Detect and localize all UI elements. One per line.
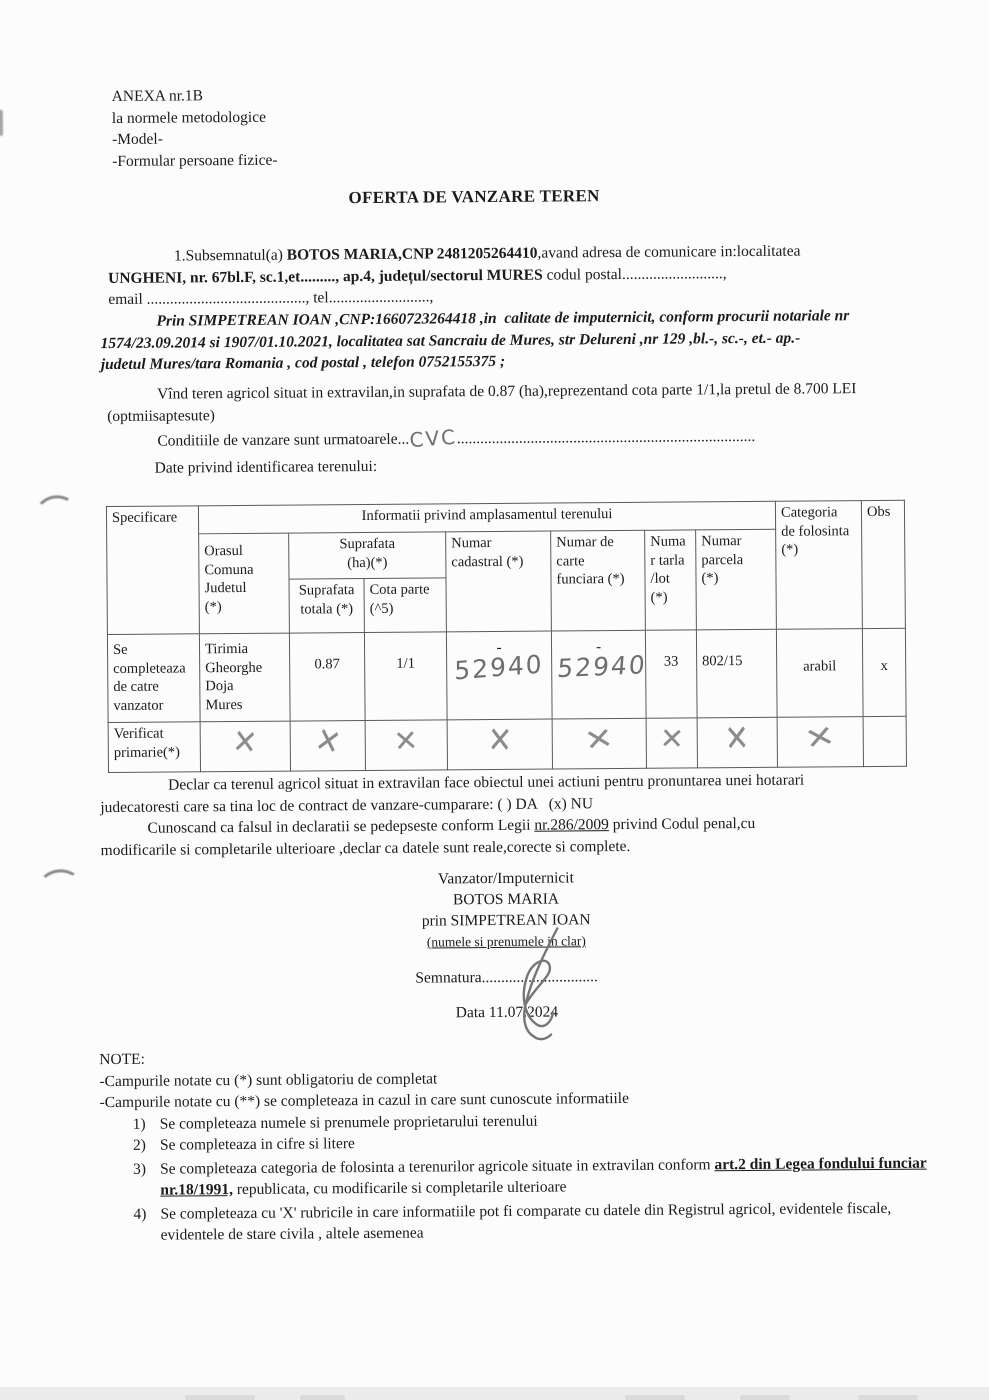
verify-cell: ✕ [200,721,290,772]
conditions-dots: ........................................… [457,428,755,447]
handwritten-x-mark: ✕ [393,722,420,761]
note-number: 2) [100,1135,160,1157]
handwritten-x-mark: ✕ [724,715,750,762]
th-orasul-comuna-judetul: Orasul Comuna Judetul (*) [199,533,290,634]
verify-cell-obs-empty [863,716,906,766]
note-number: 1) [100,1113,160,1135]
sale-paragraph: Vînd teren agricol situat in extravilan,… [107,378,938,453]
seller-address: UNGHENI, nr. 67bl.F, sc.1,et........., a… [108,266,543,286]
handwritten-cadastral-number: 52940 [454,648,544,687]
th-group-informatii: Informatii privind amplasamentul terenul… [198,501,775,534]
scan-bottom-edge [0,1387,989,1400]
pen-arc-mark [38,868,82,903]
seller-name-cnp: BOTOS MARIA,CNP 2481205264410 [287,245,538,264]
handwritten-conditions-value: CVC [409,427,458,452]
th-numar-carte-funciara: Numar de carte funciara (*) [551,530,646,631]
table-section-label: Date privind identificarea terenului: [155,456,378,479]
handwritten-x-mark: ✕ [487,717,513,764]
notes-section: NOTE: -Campurile notate cu (*) sunt obli… [99,1043,941,1247]
verify-cell: ✕ [365,720,447,771]
signature-drawing [479,925,610,1044]
email-tel-blanks: email ..................................… [108,288,433,308]
declaration-text: Cunoscand ca falsul in declaratii se ped… [147,817,534,837]
signature-name: BOTOS MARIA [326,888,686,912]
cell-parcela: 802/15 [696,629,777,718]
pen-arc-mark [34,493,78,531]
scan-smudge [740,1395,790,1400]
verify-cell: ✕ [777,717,863,768]
note-number: 4) [100,1203,160,1246]
intro-paragraph: 1.Subsemnatul(a) BOTOS MARIA,CNP 2481205… [108,240,918,311]
note-item-3: 3) Se completeaza categoria de folosinta… [100,1152,940,1202]
intro-text: ,avand adresa de comunicare in:localitat… [537,243,800,262]
note-item-4: 4) Se completeaza cu 'X' rubricile in ca… [100,1197,940,1247]
land-identification-table: Specificare Informatii privind amplasame… [106,500,907,773]
cell-suprafata-totala: 0.87 [289,633,365,722]
conditions-line: Conditiile de vanzare sunt urmatoarele..… [107,423,937,453]
note-text: Se completeaza categoria de folosinta a … [160,1152,940,1201]
corner-header-line: -Model- [112,128,277,151]
scan-smudge [300,1395,345,1400]
handwritten-x-mark: ✕ [231,720,259,765]
scan-smudge [185,1395,255,1400]
proxy-paragraph: Prin SIMPETREAN IOAN ,CNP:1660723264418 … [100,305,935,376]
intro-text: codul postal.........................., [543,265,727,283]
land-table-wrapper: Specificare Informatii privind amplasame… [106,500,907,773]
th-obs: Obs [861,500,905,628]
handwritten-x-mark: ✕ [659,720,685,758]
th-numar-parcela: Numar parcela (*) [696,529,777,630]
verify-cell: ✕ [646,718,697,768]
cell-categoria: arabil [776,629,863,718]
document-sheet: ANEXA nr.1B la normele metodologice -Mod… [0,0,989,1400]
scanned-document-page: ANEXA nr.1B la normele metodologice -Mod… [0,0,989,1400]
th-numar-cadastral: Numar cadastral (*) [446,531,552,632]
scan-smudge [625,1395,685,1400]
corner-header-line: la normele metodologice [112,106,277,129]
conditions-label: Conditiile de vanzare sunt urmatoarele..… [157,431,409,450]
note-text-plain: Se completeaza categoria de folosinta a … [160,1156,714,1177]
th-numar-tarla-lot: Numa r tarla /lot (*) [645,530,697,630]
handwritten-x-mark: ✕ [582,719,616,760]
verify-cell: ✕ [552,718,646,769]
declaration-paragraph: Declar ca terenul agricol situat in extr… [100,768,946,861]
cell-tarla: 33 [645,630,697,718]
declaration-text: privind Codul penal,cu [609,815,756,833]
cell-numar-cadastral: - 52940 [446,631,552,720]
verify-cell: ✕ [697,717,777,768]
cell-cota-parte: 1/1 [364,632,447,721]
scan-edge-artifact [0,110,3,136]
corner-header: ANEXA nr.1B la normele metodologice -Mod… [112,85,278,172]
corner-header-line: -Formular persoane fizice- [112,149,277,172]
document-title: OFERTA DE VANZARE TEREN [348,186,599,208]
law-reference: nr.286/2009 [534,816,609,834]
row-label-se-completeaza: Se completeaza de catre vanzator [107,634,200,723]
intro-text: 1.Subsemnatul(a) [174,247,287,265]
handwritten-x-mark: ✕ [311,717,345,766]
verify-cell: ✕ [447,719,552,770]
cell-obs: x [862,628,906,716]
row-label-verificat-primarie: Verificat primarie(*) [108,722,200,773]
handwritten-carte-number: 52940 [556,649,648,685]
cell-numar-carte-funciara: - 52940 [551,630,646,719]
th-categoria-folosinta: Categoria de folosinta (*) [775,501,862,630]
th-cota-parte: Cota parte (^5) [364,578,446,633]
cell-location: Tirimia Gheorghe Doja Mures [199,633,290,722]
note-text-plain: republicata, cu modificarile si completa… [233,1178,567,1198]
verify-cell: ✕ [290,721,365,772]
th-suprafata-totala: Suprafata totala (*) [289,579,364,634]
note-text: Se completeaza cu 'X' rubricile in care … [160,1197,940,1246]
handwritten-x-mark: ✕ [802,717,839,759]
th-specificare: Specificare [106,506,199,635]
scan-smudge [858,1395,918,1400]
th-suprafata-group: Suprafata (ha)(*) [289,532,446,579]
corner-header-line: ANEXA nr.1B [112,85,277,108]
signature-role: Vanzator/Imputernicit [326,867,686,891]
note-number: 3) [100,1158,160,1201]
